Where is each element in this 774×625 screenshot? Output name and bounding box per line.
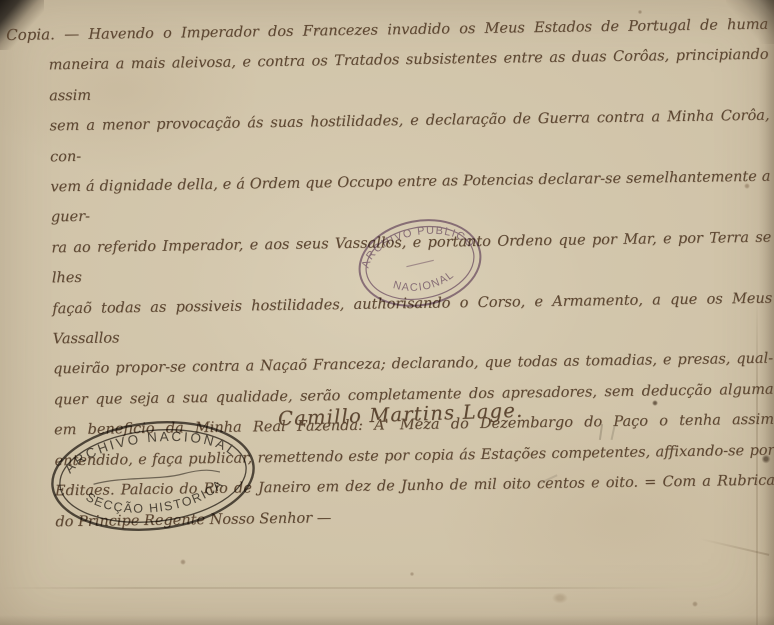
text-line-2: maneira a mais aleivosa, e contra os Tra… bbox=[48, 40, 769, 111]
stamp-archivo-nacional-seccao-historica: ARCHIVO NACIONAL SECÇÃO HISTORICA bbox=[43, 409, 264, 542]
stamp-center-scribble bbox=[93, 468, 220, 485]
paper-edge-bottom bbox=[0, 615, 774, 625]
stamp-center-line bbox=[406, 260, 434, 266]
stamp-bottom-text: SECÇÃO HISTORICA bbox=[82, 476, 228, 523]
stamp-bottom-text: NACIONAL bbox=[390, 268, 459, 299]
text-line-3: sem a menor provocação ás suas hostilida… bbox=[49, 101, 770, 172]
manuscript-page: Copia. — Havendo o Imperador dos Francez… bbox=[0, 0, 774, 625]
crease-horizontal bbox=[0, 587, 680, 589]
text-line-1-continuation: Havendo o Imperador dos Francezes invadi… bbox=[88, 17, 768, 43]
copy-label: Copia. — bbox=[6, 25, 79, 44]
